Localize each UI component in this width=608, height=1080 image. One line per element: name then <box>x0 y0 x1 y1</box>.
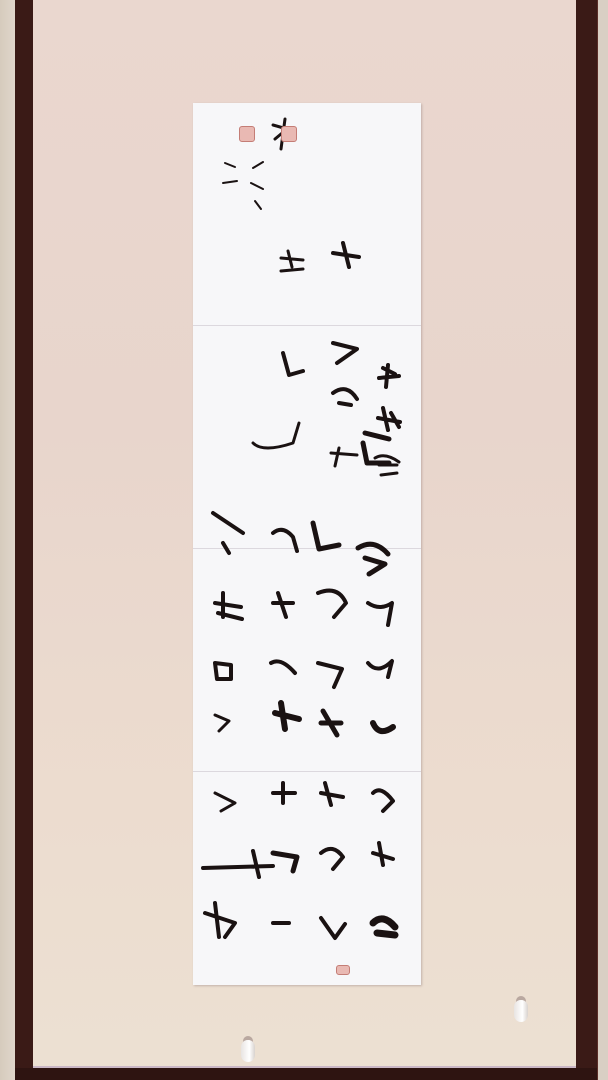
seal-stamp <box>281 126 297 142</box>
frame-right-edge <box>577 0 597 1080</box>
frame-left-edge <box>15 0 33 1080</box>
seal-stamp <box>336 965 350 975</box>
frame-bottom-edge <box>15 1068 597 1080</box>
seal-stamp <box>239 126 255 142</box>
mounting-pin <box>514 1000 528 1022</box>
calligraphy-scroll <box>193 103 421 985</box>
calligraphy-ink <box>193 103 421 985</box>
mounting-pin <box>241 1040 255 1062</box>
